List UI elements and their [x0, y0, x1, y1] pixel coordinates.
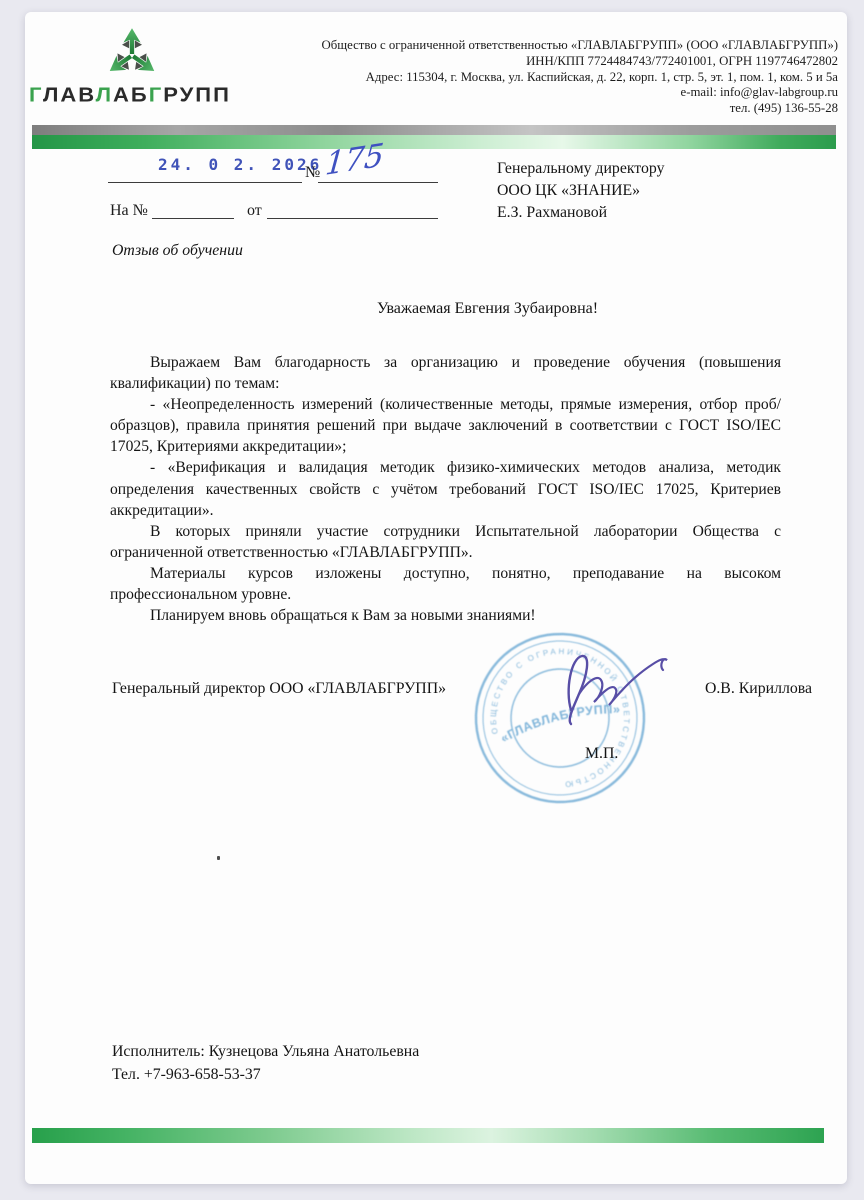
footer-green-bar — [32, 1128, 824, 1143]
company-wordmark: ГЛАВЛАБГРУПП — [29, 83, 269, 107]
ot-underline — [267, 218, 438, 219]
letter-subject: Отзыв об обучении — [112, 242, 243, 260]
number-sign-label: № — [305, 164, 320, 182]
email-line: e-mail: info@glav-labgroup.ru — [275, 85, 838, 101]
letter-page: ГЛАВЛАБГРУПП Общество с ограниченной отв… — [25, 12, 847, 1184]
executor-phone: Тел. +7-963-658-53-37 — [112, 1066, 261, 1084]
body-paragraph: Планируем вновь обращаться к Вам за новы… — [110, 605, 781, 626]
signer-name: О.В. Кириллова — [705, 680, 812, 698]
salutation: Уважаемая Евгения Зубаировна! — [152, 300, 823, 318]
handwritten-signature — [555, 646, 690, 726]
company-logo-icon — [93, 24, 171, 84]
wordmark-segment: Л — [96, 83, 113, 106]
scan-artifact-dot — [217, 856, 220, 860]
inn-kpp-ogrn-line: ИНН/КПП 7724484743/772401001, ОГРН 11977… — [275, 54, 838, 70]
header-green-bar — [32, 135, 836, 149]
na-no-underline — [152, 218, 234, 219]
recipient-block: Генеральному директору ООО ЦК «ЗНАНИЕ» Е… — [497, 158, 665, 224]
body-paragraph: - «Верификация и валидация методик физик… — [110, 457, 781, 520]
letter-body: Выражаем Вам благодарность за организаци… — [110, 352, 781, 626]
address-line: Адрес: 115304, г. Москва, ул. Каспийская… — [275, 70, 838, 86]
company-requisites: Общество с ограниченной ответственностью… — [275, 38, 838, 117]
signer-position: Генеральный директор ООО «ГЛАВЛАБГРУПП» — [112, 680, 446, 698]
recipient-company: ООО ЦК «ЗНАНИЕ» — [497, 180, 665, 202]
incoming-date-stamp: 24. 0 2. 2026 — [158, 155, 322, 174]
ot-label: от — [247, 202, 262, 220]
wordmark-segment: АБ — [113, 83, 149, 106]
number-underline — [318, 182, 438, 183]
wordmark-segment: Г — [149, 83, 163, 106]
wordmark-segment: ЛАВ — [43, 83, 96, 106]
body-paragraph: Материалы курсов изложены доступно, поня… — [110, 563, 781, 605]
mp-seal-label: М.П. — [585, 745, 618, 763]
date-underline — [108, 182, 302, 183]
wordmark-segment: РУПП — [163, 83, 231, 106]
phone-line: тел. (495) 136-55-28 — [275, 101, 838, 117]
tri-arrow-icon — [104, 28, 160, 79]
executor-line: Исполнитель: Кузнецова Ульяна Анатольевн… — [112, 1043, 419, 1061]
body-paragraph: - «Неопределенность измерений (количеств… — [110, 394, 781, 457]
recipient-title: Генеральному директору — [497, 158, 665, 180]
body-paragraph: В которых приняли участие сотрудники Исп… — [110, 521, 781, 563]
wordmark-segment: Г — [29, 83, 43, 106]
recipient-name: Е.З. Рахмановой — [497, 202, 665, 224]
company-name-line: Общество с ограниченной ответственностью… — [275, 38, 838, 54]
na-no-label: На № — [110, 202, 148, 220]
body-paragraph: Выражаем Вам благодарность за организаци… — [110, 352, 781, 394]
header-gray-bar — [32, 125, 836, 135]
